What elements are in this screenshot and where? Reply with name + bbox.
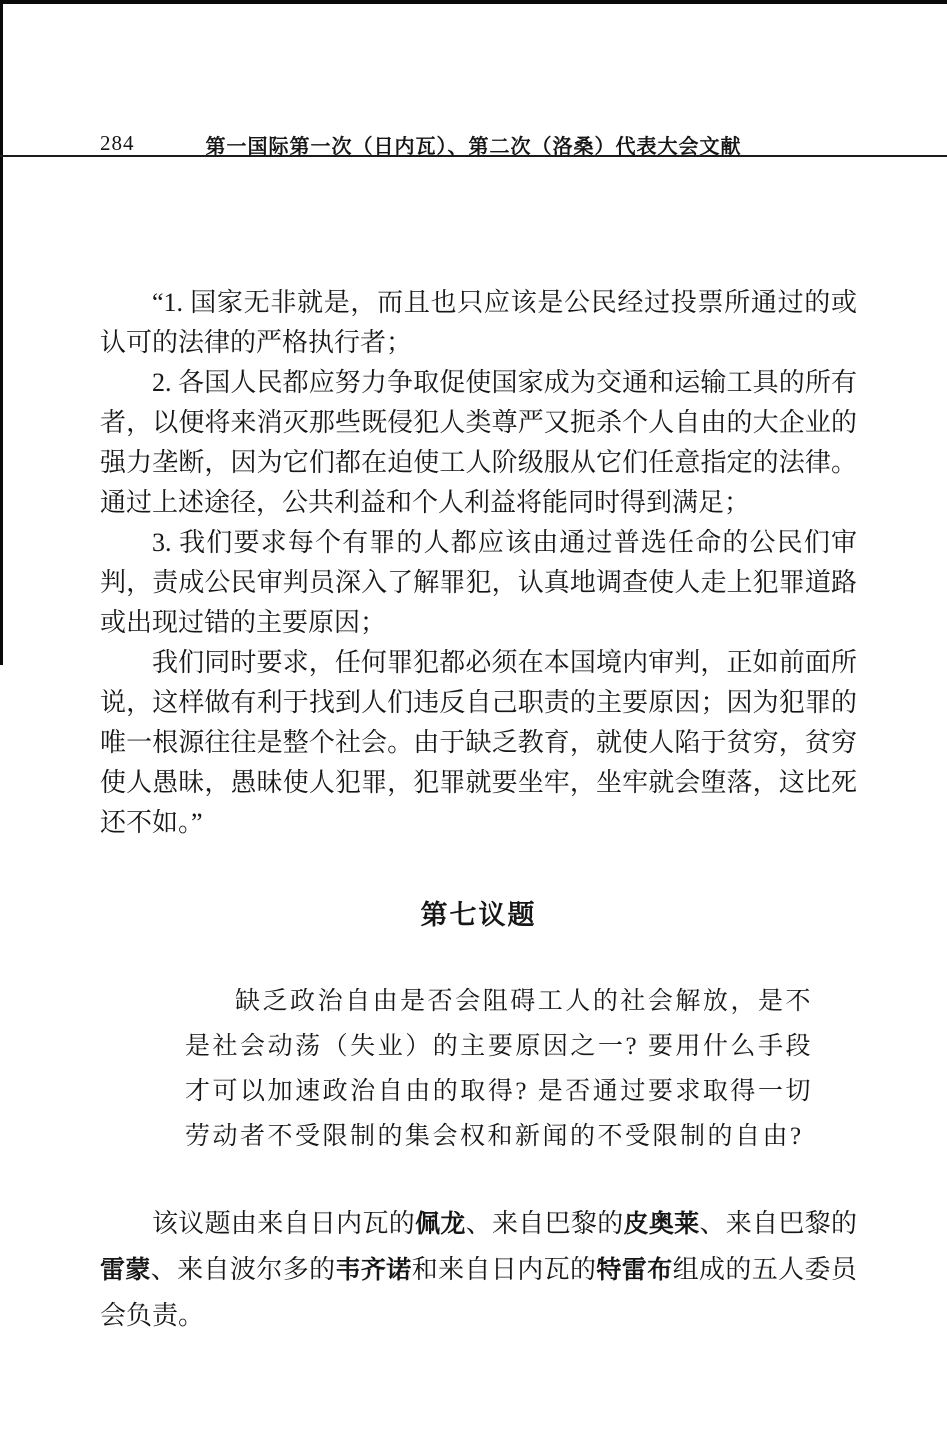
quote-paragraph-4: 我们同时要求，任何罪犯都必须在本国境内审判，正如前面所说，这样做有利于找到人们违… (100, 643, 857, 843)
scan-border-top (0, 0, 947, 4)
topic-statement: 缺乏政治自由是否会阻碍工人的社会解放，是不是社会动荡（失业）的主要原因之一? 要… (185, 979, 813, 1159)
text-segment: 、来自巴黎的 (466, 1209, 624, 1238)
page-header: 284 第一国际第一次（日内瓦）、第二次（洛桑）代表大会文献 (0, 128, 947, 158)
text-segment: 、来自波尔多的 (151, 1255, 336, 1284)
person-name: 特雷布 (596, 1256, 672, 1284)
text-segment: 、来自巴黎的 (699, 1209, 857, 1238)
quote-paragraph-2: 2. 各国人民都应努力争取促使国家成为交通和运输工具的所有者，以便将来消灭那些既… (100, 363, 857, 523)
person-name: 皮奥莱 (624, 1210, 700, 1238)
text-segment: 和来自日内瓦的 (412, 1255, 597, 1284)
committee-paragraph: 该议题由来自日内瓦的佩龙、来自巴黎的皮奥莱、来自巴黎的雷蒙、来自波尔多的韦齐诺和… (100, 1201, 857, 1339)
person-name: 雷蒙 (100, 1256, 151, 1284)
person-name: 韦齐诺 (336, 1256, 412, 1284)
quote-paragraph-3: 3. 我们要求每个有罪的人都应该由通过普选任命的公民们审判，责成公民审判员深入了… (100, 523, 857, 643)
scan-border-left (0, 0, 3, 665)
person-name: 佩龙 (415, 1210, 466, 1238)
header-rule (0, 155, 947, 157)
quote-paragraph-1: “1. 国家无非就是，而且也只应该是公民经过投票所通过的或认可的法律的严格执行者… (100, 283, 857, 363)
scanned-book-page: { "ink_color": "#161616", "paper_color":… (0, 0, 947, 1439)
text-column: “1. 国家无非就是，而且也只应该是公民经过投票所通过的或认可的法律的严格执行者… (100, 283, 857, 1339)
section-heading: 第七议题 (100, 893, 857, 932)
text-segment: 该议题由来自日内瓦的 (152, 1209, 415, 1238)
